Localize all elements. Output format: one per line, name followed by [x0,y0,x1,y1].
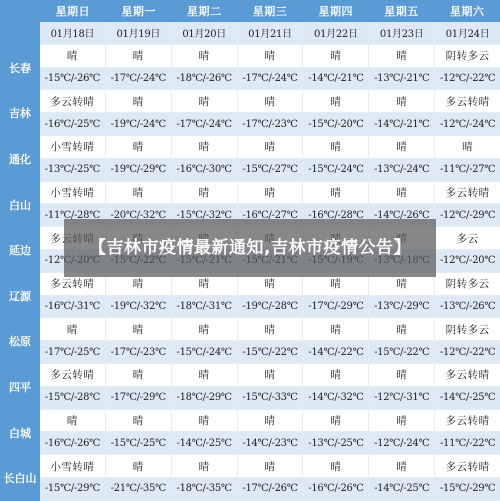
weather-cell: 晴 [303,182,369,205]
date-cell: 01月19日 [106,22,172,45]
weather-cell: 小雪转晴 [40,455,106,478]
weather-row: 多云转晴晴晴晴晴晴多云转晴 [40,90,500,113]
city-label: 白山 [0,182,40,228]
weather-cell: 晴 [172,318,238,341]
temperature-row: -16℃/-31℃-19℃/-32℃-18℃/-31℃-19℃/-28℃-17℃… [40,296,500,319]
weekday-header: 星期一 [106,0,172,22]
date-cell: 01月20日 [172,22,238,45]
weather-cell: 小雪转晴 [40,182,106,205]
weather-row: 小雪转晴晴晴晴晴晴晴 [40,136,500,159]
temperature-cell: -19℃/-28℃ [238,296,304,319]
weather-cell: 晴 [369,90,435,113]
temperature-cell: -13℃/-25℃ [303,432,369,455]
temperature-row: -16℃/-26℃-15℃/-25℃-14℃/-25℃-14℃/-23℃-13℃… [40,432,500,455]
temperature-row: -15℃/-26℃-17℃/-24℃-18℃/-26℃-17℃/-24℃-14℃… [40,68,500,91]
city-label: 吉林 [0,91,40,137]
weekday-header: 星期四 [303,0,369,22]
temperature-cell: -14℃/-32℃ [303,387,369,410]
weather-cell: 晴 [106,45,172,68]
temperature-cell: -14℃/-22℃ [303,341,369,364]
weather-cell: 晴 [303,136,369,159]
city-label: 白城 [0,410,40,456]
weather-cell: 晴 [106,455,172,478]
weather-row: 晴晴晴晴晴晴多云转晴 [40,410,500,433]
temperature-cell: -14℃/-23℃ [238,432,304,455]
weather-cell: 多云转晴 [435,90,500,113]
weather-cell: 晴 [369,318,435,341]
city-label: 长白山 [0,455,40,501]
weather-cell: 晴 [172,45,238,68]
weather-cell: 晴 [106,318,172,341]
temperature-cell: -18℃/-26℃ [172,68,238,91]
temperature-cell: -18℃/-35℃ [172,478,238,501]
weekday-header-row: 星期日星期一星期二星期三星期四星期五星期六 [40,0,500,22]
weather-cell: 晴 [369,136,435,159]
temperature-cell: -15℃/-29℃ [40,478,106,501]
temperature-cell: -11℃/-27℃ [435,159,500,182]
temperature-cell: -19℃/-24℃ [106,113,172,136]
weather-cell: 晴 [238,45,304,68]
weather-cell: 晴 [238,182,304,205]
temperature-row: -13℃/-25℃-19℃/-29℃-16℃/-30℃-15℃/-27℃-15℃… [40,159,500,182]
city-label: 长春 [0,45,40,91]
city-label: 通化 [0,136,40,182]
temperature-cell: -12℃/-29℃ [435,204,500,227]
weather-cell: 多云转晴 [435,410,500,433]
temperature-cell: -17℃/-26℃ [238,478,304,501]
city-label: 四平 [0,364,40,410]
temperature-cell: -11℃/-22℃ [435,432,500,455]
weather-cell: 晴 [106,410,172,433]
temperature-cell: -13℃/-21℃ [369,68,435,91]
weather-cell: 晴 [172,90,238,113]
temperature-cell: -14℃/-25℃ [172,432,238,455]
temperature-row: -15℃/-28℃-17℃/-29℃-18℃/-29℃-15℃/-33℃-14℃… [40,387,500,410]
temperature-cell: -15℃/-20℃ [303,113,369,136]
weather-cell: 晴 [369,45,435,68]
temperature-cell: -15℃/-22℃ [369,341,435,364]
weather-cell: 多云转晴 [435,364,500,387]
date-cell: 01月24日 [435,22,500,45]
weather-row: 小雪转晴晴晴晴晴晴多云转晴 [40,182,500,205]
weather-cell: 晴 [172,364,238,387]
temperature-cell: -15℃/-24℃ [172,341,238,364]
temperature-cell: -17℃/-29℃ [303,296,369,319]
city-label: 松原 [0,319,40,365]
weather-cell: 晴 [40,410,106,433]
weather-row: 晴晴晴晴晴晴阴转多云 [40,318,500,341]
weather-cell: 阴转多云 [435,45,500,68]
temperature-cell: -15℃/-26℃ [40,68,106,91]
temperature-cell: -16℃/-31℃ [40,296,106,319]
weather-row: 小雪转晴晴晴晴晴晴多云转晴 [40,455,500,478]
temperature-cell: -14℃/-21℃ [303,68,369,91]
weather-cell: 阴转多云 [435,273,500,296]
temperature-cell: -17℃/-23℃ [238,113,304,136]
weather-cell: 晴 [106,364,172,387]
temperature-cell: -13℃/-29℃ [369,296,435,319]
weather-cell: 晴 [172,136,238,159]
weather-cell: 晴 [303,455,369,478]
weather-cell: 晴 [369,455,435,478]
weather-cell: 晴 [369,410,435,433]
city-label: 延边 [0,227,40,273]
temperature-cell: -12℃/-22℃ [435,68,500,91]
temperature-cell: -17℃/-24℃ [106,68,172,91]
weather-cell: 晴 [172,455,238,478]
weather-cell: 晴 [238,410,304,433]
weather-cell: 晴 [303,90,369,113]
weather-cell: 晴 [303,45,369,68]
temperature-cell: -17℃/-24℃ [238,68,304,91]
date-cell: 01月22日 [303,22,369,45]
temperature-cell: -16℃/-30℃ [172,159,238,182]
temperature-cell: -19℃/-32℃ [106,296,172,319]
weather-cell: 晴 [172,182,238,205]
weather-cell: 晴 [106,90,172,113]
weather-cell: 多云转晴 [435,182,500,205]
weather-cell: 多云转晴 [40,90,106,113]
title-banner: 【吉林市疫情最新通知,吉林市疫情公告】 [64,219,436,277]
temperature-cell: -12℃/-20℃ [435,250,500,273]
weather-cell: 小雪转晴 [40,136,106,159]
temperature-row: -16℃/-25℃-19℃/-24℃-17℃/-24℃-17℃/-23℃-15℃… [40,113,500,136]
banner-title: 【吉林市疫情最新通知,吉林市疫情公告】 [70,237,430,259]
temperature-cell: -17℃/-25℃ [40,341,106,364]
weather-cell: 晴 [106,182,172,205]
weather-cell: 晴 [238,364,304,387]
temperature-cell: -14℃/-21℃ [369,113,435,136]
weather-cell: 晴 [106,136,172,159]
weekday-header: 星期日 [40,0,106,22]
date-cell: 01月18日 [40,22,106,45]
weather-cell: 晴 [303,364,369,387]
weather-cell: 晴 [238,318,304,341]
temperature-cell: -18℃/-29℃ [172,387,238,410]
temperature-cell: -16℃/-26℃ [303,478,369,501]
temperature-cell: -12℃/-24℃ [369,432,435,455]
weekday-header: 星期三 [237,0,303,22]
temperature-cell: -19℃/-29℃ [106,159,172,182]
temperature-cell: -21℃/-35℃ [106,478,172,501]
date-row: 01月18日01月19日01月20日01月21日01月22日01月23日01月2… [40,22,500,45]
temperature-cell: -14℃/-25℃ [435,387,500,410]
weekday-header: 星期五 [369,0,435,22]
temperature-cell: -16℃/-26℃ [40,432,106,455]
temperature-cell: -17℃/-29℃ [106,387,172,410]
weather-cell: 多云转晴 [435,455,500,478]
temperature-cell: -13℃/-24℃ [369,159,435,182]
temperature-cell: -17℃/-24℃ [172,113,238,136]
temperature-cell: -13℃/-25℃ [40,159,106,182]
weather-cell: 晴 [238,455,304,478]
weather-cell: 晴 [435,136,500,159]
temperature-cell: -14℃/-25℃ [369,478,435,501]
weather-cell: 阴转多云 [435,318,500,341]
temperature-cell: -15℃/-29℃ [435,478,500,501]
weather-cell: 晴 [303,410,369,433]
temperature-cell: -12℃/-22℃ [435,341,500,364]
weather-cell: 晴 [238,136,304,159]
weekday-header: 星期二 [171,0,237,22]
weather-cell: 晴 [303,318,369,341]
temperature-row: -15℃/-29℃-21℃/-35℃-18℃/-35℃-17℃/-26℃-16℃… [40,478,500,501]
temperature-cell: -13℃/-26℃ [435,296,500,319]
temperature-cell: -12℃/-31℃ [369,387,435,410]
temperature-cell: -17℃/-23℃ [106,341,172,364]
temperature-cell: -15℃/-22℃ [238,341,304,364]
weather-row: 多云转晴晴晴晴晴晴多云转晴 [40,364,500,387]
temperature-cell: -18℃/-31℃ [172,296,238,319]
temperature-cell: -12℃/-24℃ [435,113,500,136]
temperature-cell: -15℃/-28℃ [40,387,106,410]
weather-cell: 晴 [40,45,106,68]
temperature-cell: -15℃/-24℃ [303,159,369,182]
temperature-row: -17℃/-25℃-17℃/-23℃-15℃/-24℃-15℃/-22℃-14℃… [40,341,500,364]
weather-cell: 晴 [172,410,238,433]
temperature-cell: -15℃/-25℃ [106,432,172,455]
weather-cell: 晴 [40,318,106,341]
date-cell: 01月21日 [238,22,304,45]
temperature-cell: -16℃/-25℃ [40,113,106,136]
weather-cell: 多云 [435,227,500,250]
weather-cell: 多云转晴 [40,364,106,387]
weather-cell: 晴 [238,90,304,113]
city-label: 辽源 [0,273,40,319]
weekday-header: 星期六 [434,0,500,22]
weather-cell: 晴 [369,364,435,387]
city-column: 长春吉林通化白山延边辽源松原四平白城长白山 [0,45,40,501]
temperature-cell: -15℃/-27℃ [238,159,304,182]
weather-cell: 晴 [369,182,435,205]
temperature-cell: -15℃/-33℃ [238,387,304,410]
weather-row: 晴晴晴晴晴晴阴转多云 [40,45,500,68]
date-cell: 01月23日 [369,22,435,45]
